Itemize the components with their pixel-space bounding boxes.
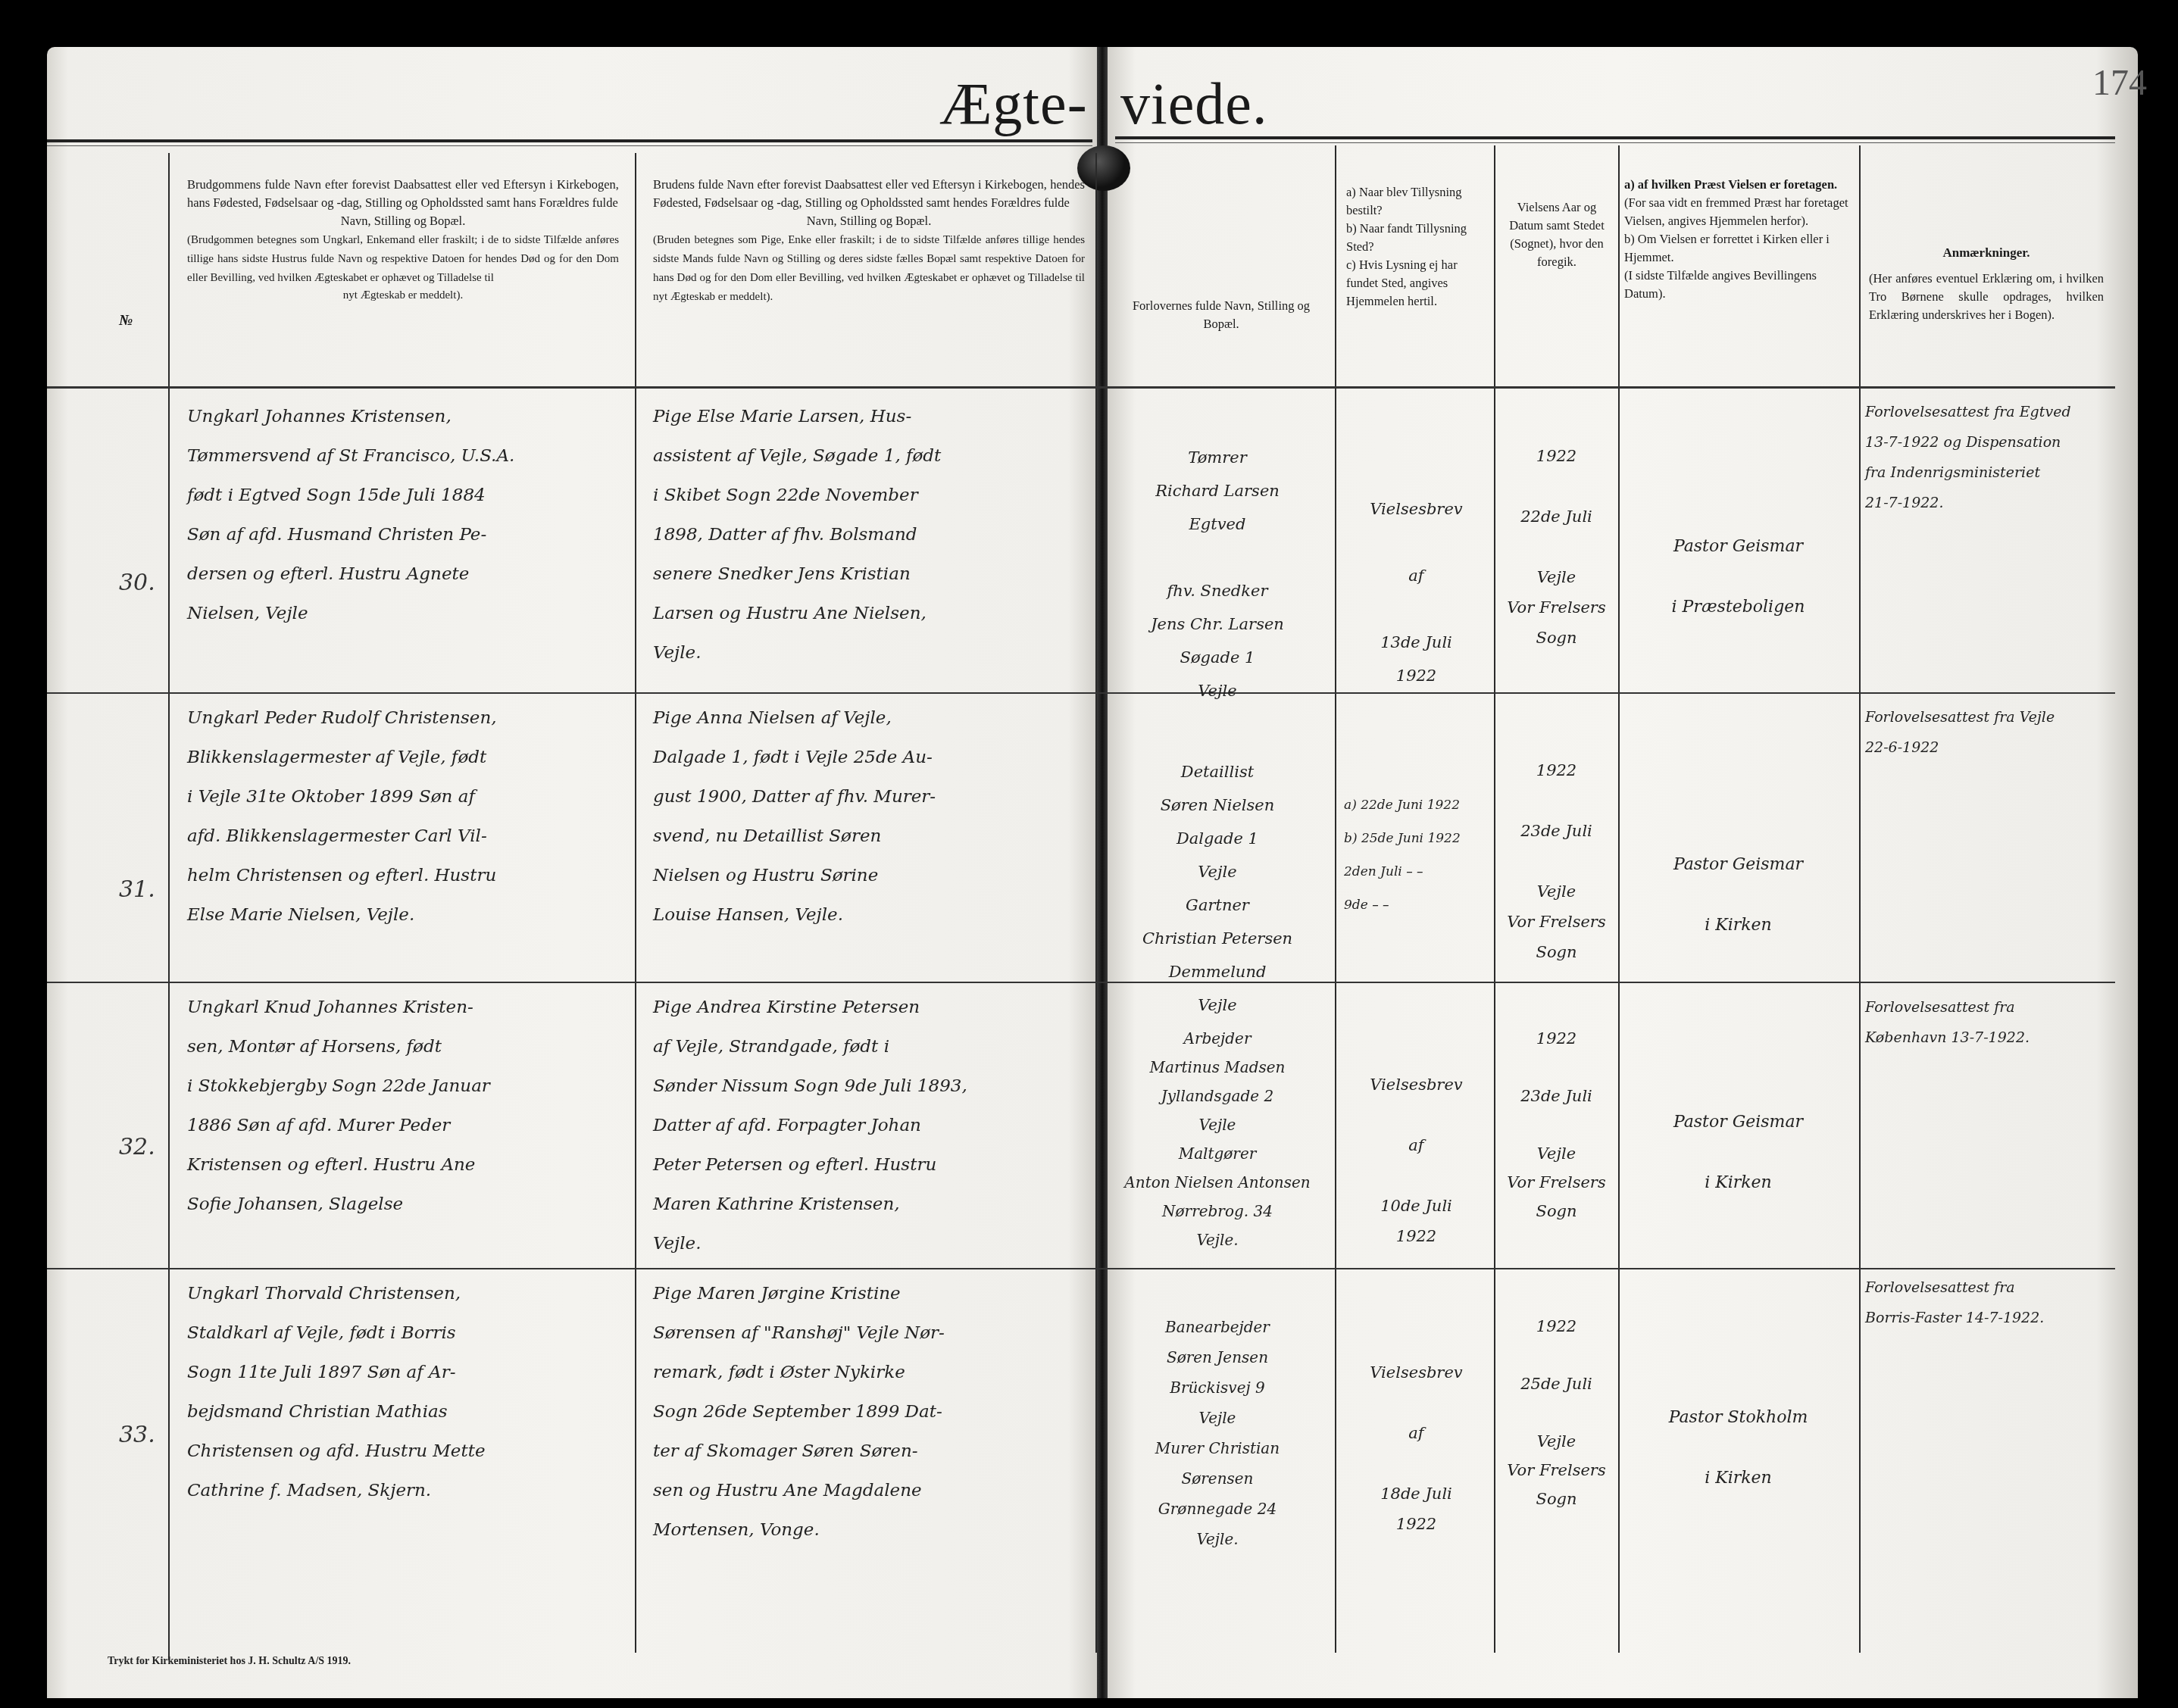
printer-footer: Trykt for Kirkeministeriet hos J. H. Sch…: [108, 1656, 351, 1668]
row-separator: [47, 982, 2115, 983]
wedding-entry: 1922 22de Juli Vejle Vor Frelsers Sogn: [1498, 441, 1615, 653]
col-divider-groom: [635, 153, 636, 1653]
witness-column-header: Forlovernes fulde Navn, Stilling og Bopæ…: [1123, 297, 1320, 333]
wedding-entry: 1922 23de Juli Vejle Vor Frelsers Sogn: [1498, 755, 1615, 967]
col-divider-priest: [1859, 145, 1861, 1653]
bride-header-main-end: Navn, Stilling og Bopæl.: [653, 212, 1085, 230]
header-rule-left: [47, 139, 1092, 142]
row-separator: [47, 692, 2115, 694]
page-title-right: viede.: [1120, 70, 1267, 138]
groom-entry: Ungkarl Knud Johannes Kristen- sen, Mont…: [187, 988, 630, 1224]
priest-header-a-note: (For saa vidt en fremmed Præst har foret…: [1624, 194, 1851, 230]
col-divider-bride: [1095, 153, 1097, 1653]
book-gutter: [1097, 47, 1108, 1698]
priest-entry: Pastor Geismar i Kirken: [1623, 1107, 1854, 1198]
entry-number: 30.: [119, 570, 155, 596]
bride-entry: Pige Maren Jørgine Kristine Sørensen af …: [653, 1274, 1089, 1550]
groom-column-header: Brudgommens fulde Navn efter forevist Da…: [187, 176, 619, 304]
banns-entry: Vielsesbrev af 18de Juli 1922: [1342, 1297, 1490, 1539]
wedding-entry: 1922 25de Juli Vejle Vor Frelsers Sogn: [1498, 1312, 1615, 1513]
col-divider-num: [168, 153, 170, 1660]
col-divider-witness: [1335, 145, 1336, 1653]
bride-entry: Pige Else Marie Larsen, Hus- assistent a…: [653, 397, 1089, 673]
page-number: 174: [2092, 62, 2147, 104]
binder-clip-icon: [1077, 145, 1130, 191]
priest-column-header: a) af hvilken Præst Vielsen er foretagen…: [1624, 176, 1851, 303]
remarks-entry: Forlovelsesattest fra Vejle 22-6-1922: [1865, 702, 2115, 763]
bride-entry: Pige Anna Nielsen af Vejle, Dalgade 1, f…: [653, 698, 1089, 935]
remarks-header-title: Anmærkninger.: [1869, 244, 2104, 262]
banns-column-header: a) Naar blev Tillysning bestilt? b) Naar…: [1346, 183, 1486, 311]
groom-entry: Ungkarl Johannes Kristensen, Tømmersvend…: [187, 397, 630, 633]
priest-entry: Pastor Geismar i Kirken: [1623, 850, 1854, 941]
bride-entry: Pige Andrea Kirstine Petersen af Vejle, …: [653, 988, 1089, 1263]
page-title-left: Ægte-: [939, 70, 1088, 138]
bride-column-header: Brudens fulde Navn efter forevist Daabsa…: [653, 176, 1085, 306]
bride-header-note: (Bruden betegnes som Pige, Enke eller fr…: [653, 234, 1085, 303]
col-divider-wedding: [1618, 145, 1620, 1653]
entry-number: 33.: [119, 1422, 155, 1448]
priest-header-a: a) af hvilken Præst Vielsen er foretagen…: [1624, 176, 1851, 194]
groom-header-note: (Brudgommen betegnes som Ungkarl, Enkema…: [187, 234, 619, 284]
remarks-entry: Forlovelsesattest fra Borris-Faster 14-7…: [1865, 1272, 2115, 1333]
wedding-entry: 1922 23de Juli Vejle Vor Frelsers Sogn: [1498, 1024, 1615, 1226]
priest-entry: Pastor Stokholm i Kirken: [1623, 1403, 1854, 1494]
witness-entry: Detaillist Søren Nielsen Dalgade 1 Vejle…: [1108, 755, 1327, 1022]
register-book: Ægte- viede. 174 № Brudgommens fulde Nav…: [47, 47, 2138, 1698]
row-separator: [47, 1268, 2115, 1269]
priest-entry: Pastor Geismar i Præsteboligen: [1623, 532, 1854, 623]
witness-entry: Arbejder Martinus Madsen Jyllandsgade 2 …: [1108, 1024, 1327, 1254]
remarks-entry: Forlovelsesattest fra Egtved 13-7-1922 o…: [1865, 397, 2115, 518]
banns-entry: Vielsesbrev af 13de Juli 1922: [1342, 426, 1490, 692]
bride-header-main: Brudens fulde Navn efter forevist Daabsa…: [653, 177, 1085, 210]
banns-header-c: c) Hvis Lysning ej har fundet Sted, angi…: [1346, 256, 1486, 311]
priest-header-b: b) Om Vielsen er forrettet i Kirken elle…: [1624, 230, 1851, 267]
priest-header-b-note: (I sidste Tilfælde angives Bevillingens …: [1624, 267, 1851, 303]
header-rule-right: [1115, 136, 2115, 139]
groom-entry: Ungkarl Peder Rudolf Christensen, Blikke…: [187, 698, 630, 935]
remarks-column-header: Anmærkninger. (Her anføres eventuel Erkl…: [1869, 244, 2104, 324]
col-divider-banns: [1494, 145, 1495, 1653]
entry-number: 31.: [119, 876, 155, 903]
entry-number: 32.: [119, 1134, 155, 1160]
witness-entry: Tømrer Richard Larsen Egtved fhv. Snedke…: [1108, 441, 1327, 707]
header-subrule-right: [1115, 142, 2115, 143]
banns-header-a: a) Naar blev Tillysning bestilt?: [1346, 183, 1486, 220]
header-bottom-rule: [47, 386, 2115, 389]
groom-header-note-end: nyt Ægteskab er meddelt).: [187, 287, 619, 304]
banns-entry: Vielsesbrev af 10de Juli 1922: [1342, 1009, 1490, 1251]
groom-header-main: Brudgommens fulde Navn efter forevist Da…: [187, 177, 619, 210]
remarks-header-note: (Her anføres eventuel Erklæring om, i hv…: [1869, 271, 2104, 322]
banns-entry: a) 22de Juni 1922 b) 25de Juni 1922 2den…: [1344, 755, 1492, 922]
groom-entry: Ungkarl Thorvald Christensen, Staldkarl …: [187, 1274, 630, 1510]
witness-entry: Banearbejder Søren Jensen Brückisvej 9 V…: [1108, 1312, 1327, 1554]
banns-header-b: b) Naar fandt Tillysning Sted?: [1346, 220, 1486, 256]
number-column-header: №: [119, 312, 133, 329]
groom-header-main-end: Navn, Stilling og Bopæl.: [187, 212, 619, 230]
header-subrule-left: [47, 145, 1092, 146]
wedding-column-header: Vielsens Aar og Datum samt Stedet (Sogne…: [1500, 198, 1614, 271]
remarks-entry: Forlovelsesattest fra København 13-7-192…: [1865, 992, 2115, 1053]
